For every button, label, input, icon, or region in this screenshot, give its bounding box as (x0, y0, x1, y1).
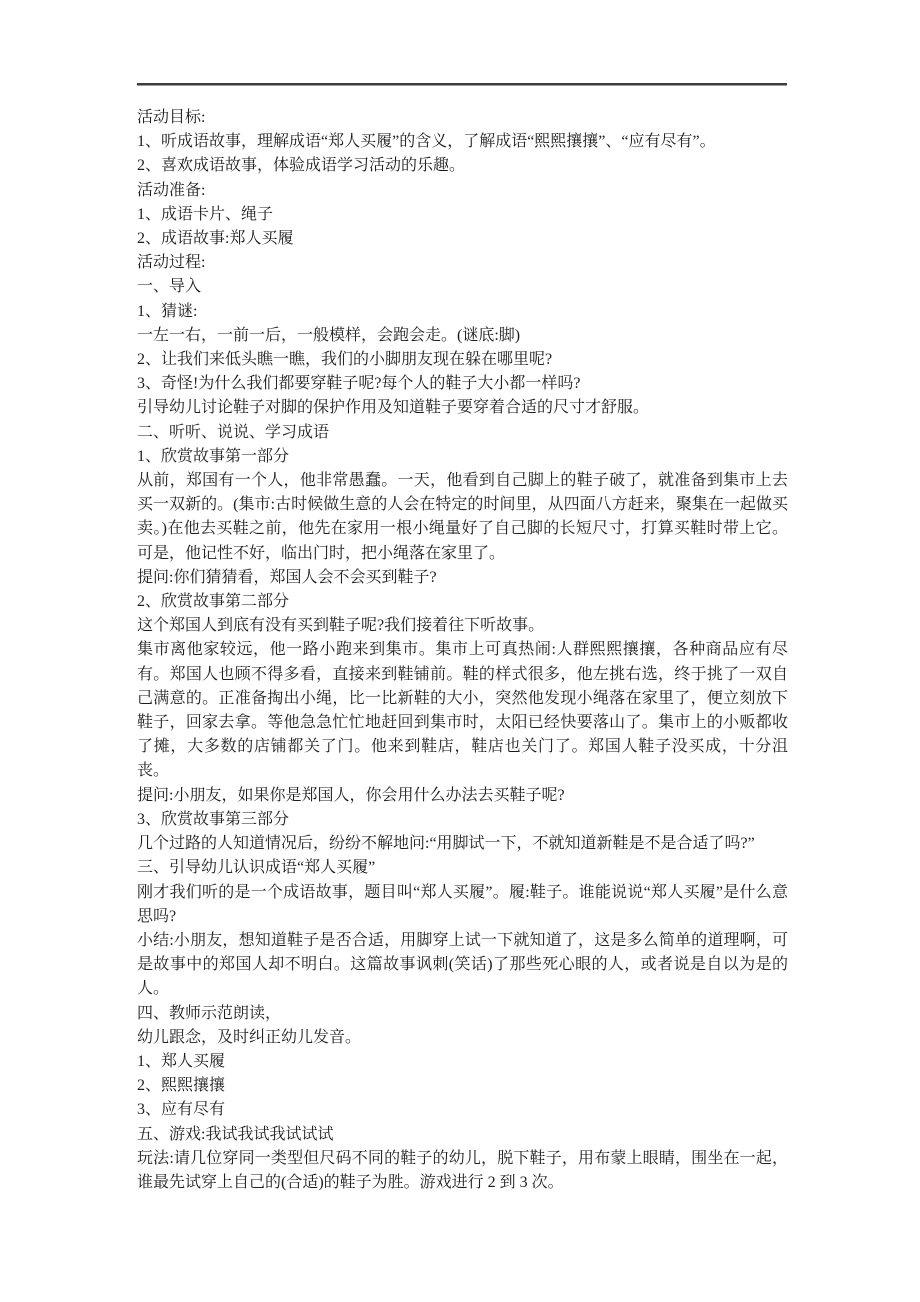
paragraph: 刚才我们听的是一个成语故事，题目叫“郑人买履”。履:鞋子。谁能说说“郑人买履”是… (137, 881, 788, 929)
paragraph: 三、引导幼儿认识成语“郑人买履” (137, 856, 788, 880)
paragraph: 集市离他家较远，他一路小跑来到集市。集市上可真热闹:人群熙熙攘攘，各种商品应有尽… (137, 638, 788, 783)
paragraph: 3、欣赏故事第三部分 (137, 808, 788, 832)
paragraph: 一、导入 (137, 275, 788, 299)
paragraph: 活动目标: (137, 106, 788, 130)
paragraph: 小结:小朋友，想知道鞋子是否合适，用脚穿上试一下就知道了，这是多么简单的道理啊，… (137, 929, 788, 1002)
paragraph: 引导幼儿讨论鞋子对脚的保护作用及知道鞋子要穿着合适的尺寸才舒服。 (137, 396, 788, 420)
paragraph: 2、欣赏故事第二部分 (137, 590, 788, 614)
paragraph: 幼儿跟念，及时纠正幼儿发音。 (137, 1026, 788, 1050)
paragraph: 1、听成语故事，理解成语“郑人买履”的含义，了解成语“熙熙攘攘”、“应有尽有”。 (137, 130, 788, 154)
paragraph: 这个郑国人到底有没有买到鞋子呢?我们接着往下听故事。 (137, 614, 788, 638)
paragraph: 提问:你们猜猜看，郑国人会不会买到鞋子? (137, 566, 788, 590)
paragraph: 2、让我们来低头瞧一瞧，我们的小脚朋友现在躲在哪里呢? (137, 348, 788, 372)
paragraph: 几个过路的人知道情况后，纷纷不解地问:“用脚试一下，不就知道新鞋是不是合适了吗?… (137, 832, 788, 856)
paragraph: 1、成语卡片、绳子 (137, 203, 788, 227)
paragraph: 四、教师示范朗读， (137, 1002, 788, 1026)
top-rule (137, 83, 787, 86)
paragraph: 提问:小朋友，如果你是郑国人，你会用什么办法去买鞋子呢? (137, 784, 788, 808)
paragraph: 二、听听、说说、学习成语 (137, 421, 788, 445)
paragraph: 1、欣赏故事第一部分 (137, 445, 788, 469)
paragraph: 1、郑人买履 (137, 1050, 788, 1074)
paragraph: 五、游戏:我试我试我试试试 (137, 1123, 788, 1147)
paragraph: 2、熙熙攘攘 (137, 1074, 788, 1098)
document-body: 活动目标:1、听成语故事，理解成语“郑人买履”的含义，了解成语“熙熙攘攘”、“应… (137, 106, 788, 1195)
paragraph: 2、成语故事:郑人买履 (137, 227, 788, 251)
paragraph: 玩法:请几位穿同一类型但尺码不同的鞋子的幼儿，脱下鞋子，用布蒙上眼睛，围坐在一起… (137, 1147, 788, 1195)
paragraph: 1、猜谜: (137, 300, 788, 324)
paragraph: 3、奇怪!为什么我们都要穿鞋子呢?每个人的鞋子大小都一样吗? (137, 372, 788, 396)
paragraph: 活动过程: (137, 251, 788, 275)
document-page: 活动目标:1、听成语故事，理解成语“郑人买履”的含义，了解成语“熙熙攘攘”、“应… (0, 0, 920, 1302)
paragraph: 一左一右，一前一后，一般模样，会跑会走。(谜底:脚) (137, 324, 788, 348)
paragraph: 2、喜欢成语故事，体验成语学习活动的乐趣。 (137, 154, 788, 178)
paragraph: 3、应有尽有 (137, 1098, 788, 1122)
paragraph: 活动准备: (137, 179, 788, 203)
paragraph: 从前，郑国有一个人，他非常愚蠢。一天，他看到自己脚上的鞋子破了，就准备到集市上去… (137, 469, 788, 566)
